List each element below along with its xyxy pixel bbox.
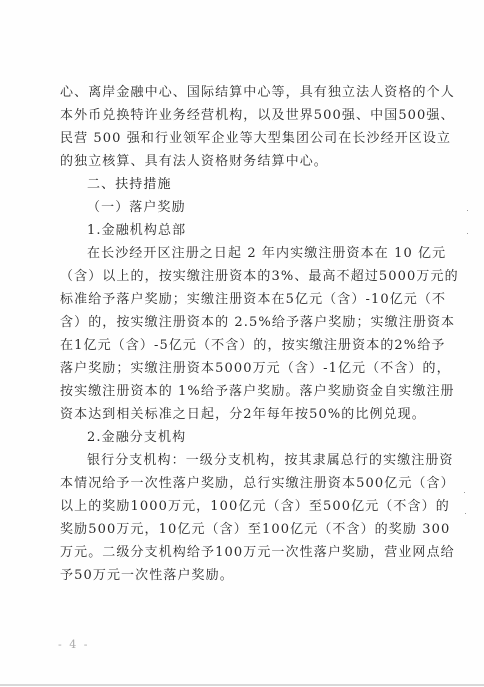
paragraph-line: 民营 500 强和行业领军企业等大型集团公司在长沙经开区设立 — [60, 127, 424, 150]
paragraph-line: 心、离岸金融中心、国际结算中心等，具有独立法人资格的个人 — [60, 81, 424, 104]
paragraph-line: 按实缴注册资本的 1%给予落户奖励。落户奖励资金自实缴注册 — [60, 380, 424, 403]
paragraph-line: 的独立核算、具有法人资格财务结算中心。 — [60, 150, 424, 173]
paragraph-line: 资本达到相关标准之日起，分2年每年按50%的比例兑现。 — [60, 403, 424, 426]
section-heading: 二、扶持措施 — [60, 173, 424, 196]
scan-speck — [467, 210, 468, 211]
paragraph-line: 在长沙经开区注册之日起 2 年内实缴注册资本在 10 亿元 — [60, 242, 424, 265]
item-heading: 1.金融机构总部 — [60, 219, 424, 242]
page-number: - 4 - — [58, 638, 89, 651]
paragraph-line: 标准给予落户奖励；实缴注册资本在5亿元（含）-10亿元（不 — [60, 288, 424, 311]
paragraph-line: （含）以上的，按实缴注册资本的3%、最高不超过5000万元的 — [60, 265, 424, 288]
paragraph-line: 以上的奖励1000万元，100亿元（含）至500亿元（不含）的 — [60, 495, 424, 518]
scan-speck — [464, 492, 465, 493]
document-body: 心、离岸金融中心、国际结算中心等，具有独立法人资格的个人 本外币兑换特许业务经营… — [60, 81, 424, 587]
paragraph-line: 万元。二级分支机构给予100万元一次性落户奖励，营业网点给 — [60, 541, 424, 564]
paragraph-line: 落户奖励；实缴注册资本5000万元（含）-1亿元（不含）的， — [60, 357, 424, 380]
paragraph-line: 奖励500万元，10亿元（含）至100亿元（不含）的奖励 300 — [60, 518, 424, 541]
paragraph-line: 银行分支机构：一级分支机构，按其隶属总行的实缴注册资 — [60, 449, 424, 472]
paragraph-line: 含）的，按实缴注册资本的 2.5%给予落户奖励；实缴注册资本 — [60, 311, 424, 334]
paragraph-line: 予50万元一次性落户奖励。 — [60, 564, 424, 587]
paragraph-line: 本外币兑换特许业务经营机构，以及世界500强、中国500强、 — [60, 104, 424, 127]
document-page: 心、离岸金融中心、国际结算中心等，具有独立法人资格的个人 本外币兑换特许业务经营… — [0, 0, 484, 686]
scan-speck — [465, 513, 466, 514]
paragraph-line: 在1亿元（含）-5亿元（不含）的，按实缴注册资本的2%给予 — [60, 334, 424, 357]
subsection-heading: （一）落户奖励 — [60, 196, 424, 219]
item-heading: 2.金融分支机构 — [60, 426, 424, 449]
paragraph-line: 本情况给予一次性落户奖励，总行实缴注册资本500亿元（含） — [60, 472, 424, 495]
scan-speck — [467, 233, 468, 234]
